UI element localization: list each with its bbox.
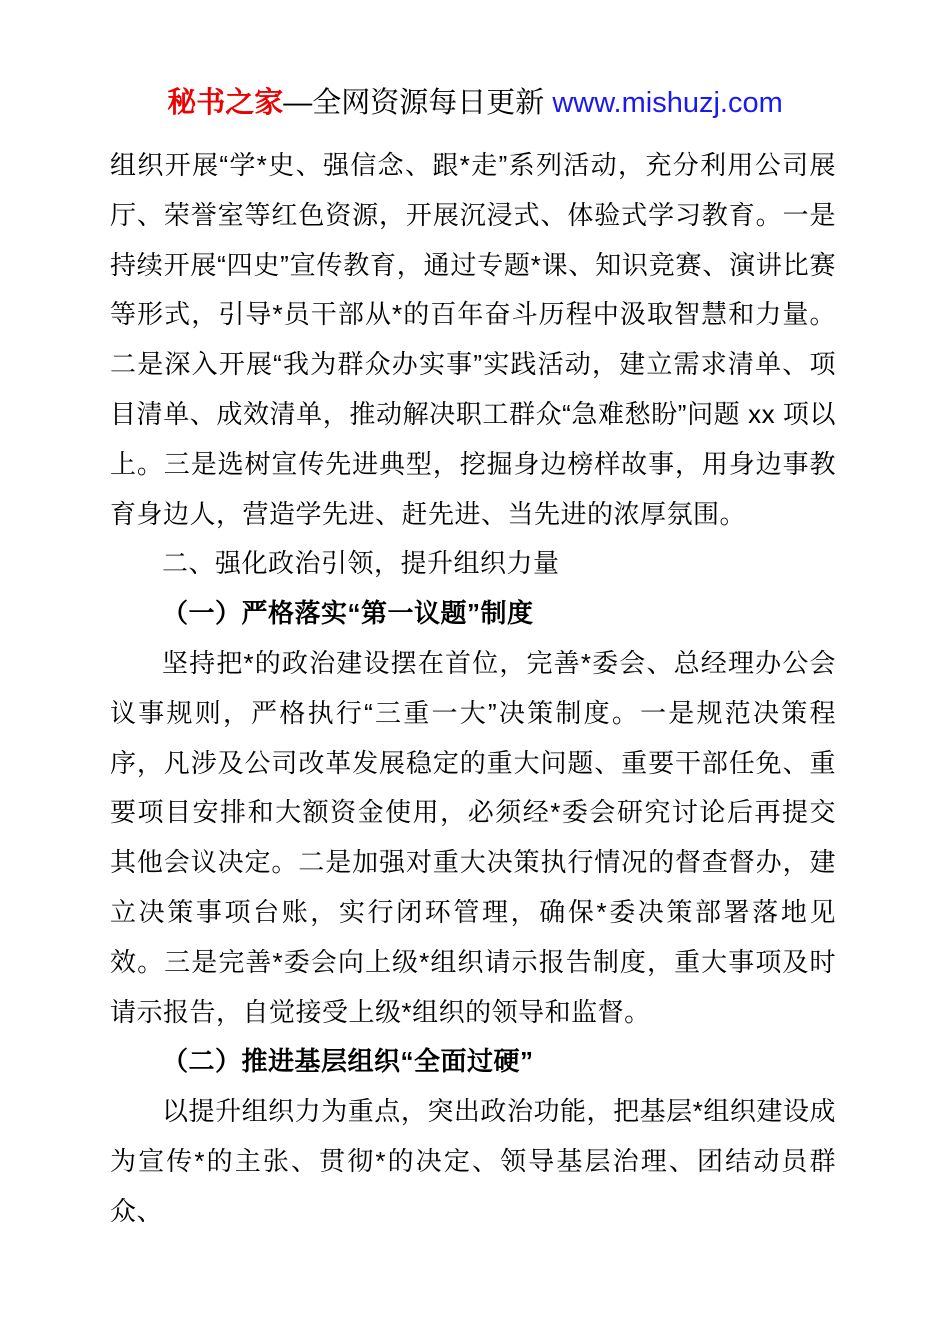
document-body: 组织开展“学*史、强信念、跟*走”系列活动，充分利用公司展厅、荣誉室等红色资源，…: [110, 141, 836, 1237]
body-paragraph: 以提升组织力为重点，突出政治功能，把基层*组织建设成为宣传*的主张、贯彻*的决定…: [110, 1087, 836, 1236]
subsection-heading: （二）推进基层组织“全面过硬”: [110, 1037, 836, 1087]
document-page: 秘书之家—全网资源每日更新 www.mishuzj.com 组织开展“学*史、强…: [0, 0, 950, 1344]
site-brand: 秘书之家: [167, 87, 283, 119]
page-header: 秘书之家—全网资源每日更新 www.mishuzj.com: [0, 86, 950, 120]
body-paragraph: 组织开展“学*史、强信念、跟*走”系列活动，充分利用公司展厅、荣誉室等红色资源，…: [110, 141, 836, 539]
header-separator: —: [283, 87, 312, 119]
site-url-link[interactable]: www.mishuzj.com: [552, 87, 782, 119]
body-paragraph: 坚持把*的政治建设摆在首位，完善*委会、总经理办公会议事规则，严格执行“三重一大…: [110, 639, 836, 1037]
subsection-heading: （一）严格落实“第一议题”制度: [110, 589, 836, 639]
section-heading: 二、强化政治引领，提升组织力量: [110, 539, 836, 589]
site-tagline: 全网资源每日更新: [312, 87, 544, 119]
